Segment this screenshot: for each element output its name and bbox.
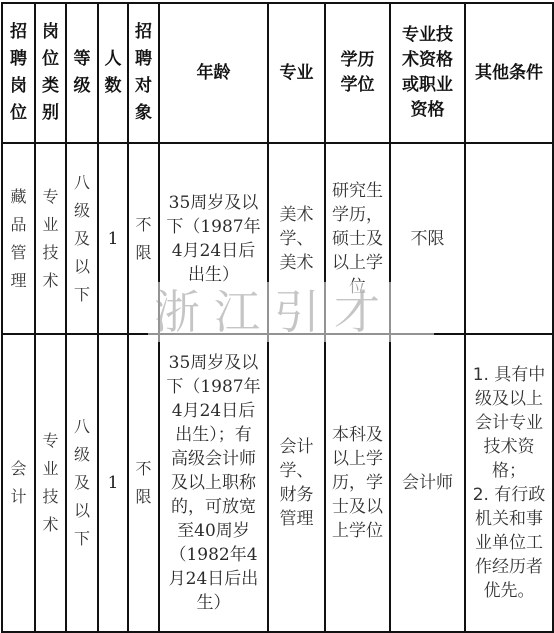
cell-major: 美术 学、 美术	[268, 143, 325, 334]
table-row: 藏品管理 专业技术 八级及以下 1 不限 35周岁及以 下（1987年 4月24…	[2, 143, 553, 334]
cell-position: 藏品管理	[2, 143, 35, 334]
cell-major: 会计 学、 财务 管理	[268, 334, 325, 632]
table-row: 会计 专业技术 八级及以下 1 不限 35周岁及以 下（1987年 4月24日后…	[2, 334, 553, 632]
header-row: 招聘岗位 岗位类别 等级 人数 招聘对象 年龄 专业 学历 学位 专业技 术资格…	[2, 3, 553, 143]
cell-grade: 八级及以下	[66, 143, 98, 334]
cell-count: 1	[98, 143, 128, 334]
header-education: 学历 学位	[325, 3, 390, 143]
recruitment-table: 招聘岗位 岗位类别 等级 人数 招聘对象 年龄 专业 学历 学位 专业技 术资格…	[1, 2, 554, 633]
cell-target: 不限	[128, 334, 159, 632]
header-target: 招聘对象	[128, 3, 159, 143]
header-position: 招聘岗位	[2, 3, 35, 143]
cell-grade: 八级及以下	[66, 334, 98, 632]
cell-other	[465, 143, 553, 334]
cell-age: 35周岁及以 下（1987年 4月24日后 出生）；有 高级会计师 及以上职称 …	[159, 334, 268, 632]
cell-target: 不限	[128, 143, 159, 334]
cell-category: 专业技术	[35, 143, 66, 334]
cell-qualification: 会计师	[390, 334, 465, 632]
cell-age: 35周岁及以 下（1987年 4月24日后 出生）	[159, 143, 268, 334]
header-other: 其他条件	[465, 3, 553, 143]
cell-education: 本科及 以上学 历，学 士及以 上学位	[325, 334, 390, 632]
header-count: 人数	[98, 3, 128, 143]
cell-position: 会计	[2, 334, 35, 632]
cell-qualification: 不限	[390, 143, 465, 334]
header-category: 岗位类别	[35, 3, 66, 143]
cell-other: 1. 具有中 级及以上 会计专业 技术资 格； 2. 有行政 机关和事 业单位工…	[465, 334, 553, 632]
header-qualification: 专业技 术资格 或职业 资格	[390, 3, 465, 143]
cell-category: 专业技术	[35, 334, 66, 632]
cell-count: 1	[98, 334, 128, 632]
header-grade: 等级	[66, 3, 98, 143]
header-major: 专业	[268, 3, 325, 143]
header-age: 年龄	[159, 3, 268, 143]
cell-education: 研究生 学历， 硕士及 以上学 位	[325, 143, 390, 334]
